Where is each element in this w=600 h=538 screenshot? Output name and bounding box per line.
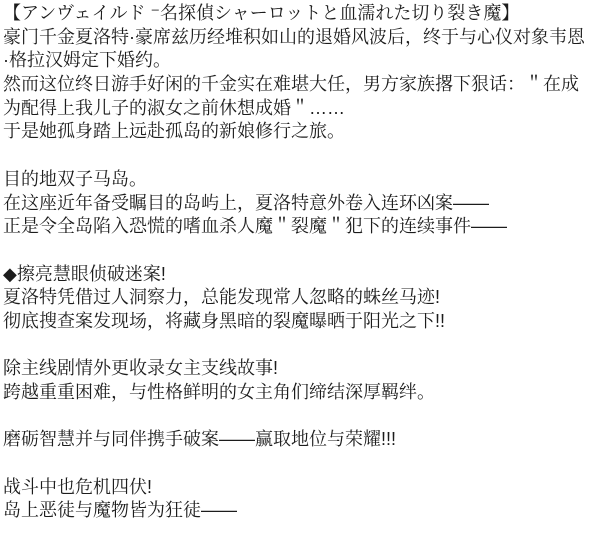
text-line: 豪门千金夏洛特·豪席兹历经堆积如山的退婚风波后，终于与心仪对象韦恩: [3, 26, 600, 50]
blank-line: [3, 452, 600, 476]
text-line: 为配得上我儿子的淑女之前休想成婚＂……: [3, 97, 600, 121]
text-line: 目的地双子马岛。: [3, 168, 600, 192]
blank-line: [3, 334, 600, 358]
body-lines: 豪门千金夏洛特·豪席兹历经堆积如山的退婚风波后，终于与心仪对象韦恩·格拉汉姆定下…: [3, 26, 600, 523]
text-line: 跨越重重困难，与性格鲜明的女主角们缔结深厚羁绊。: [3, 381, 600, 405]
text-line: ·格拉汉姆定下婚约。: [3, 49, 600, 73]
blank-line: [3, 239, 600, 263]
text-line: 战斗中也危机四伏!: [3, 476, 600, 500]
text-line: 夏洛特凭借过人洞察力，总能发现常人忽略的蛛丝马迹!: [3, 286, 600, 310]
blank-line: [3, 144, 600, 168]
text-line: ◆擦亮慧眼侦破迷案!: [3, 263, 600, 287]
text-line: 彻底搜查案发现场，将藏身黑暗的裂魔曝晒于阳光之下!!: [3, 310, 600, 334]
text-line: 岛上恶徒与魔物皆为狂徒——: [3, 499, 600, 523]
text-line: 正是令全岛陷入恐慌的嗜血杀人魔＂裂魔＂犯下的连续事件——: [3, 215, 600, 239]
text-line: 于是她孤身踏上远赴孤岛的新娘修行之旅。: [3, 120, 600, 144]
text-line: 除主线剧情外更收录女主支线故事!: [3, 357, 600, 381]
blank-line: [3, 405, 600, 429]
game-title: 【アンヴェイルド ⁻名探偵シャーロットと血濡れた切り裂き魔】: [3, 2, 600, 26]
game-description-document: 【アンヴェイルド ⁻名探偵シャーロットと血濡れた切り裂き魔】 豪门千金夏洛特·豪…: [0, 0, 600, 538]
text-line: 在这座近年备受瞩目的岛屿上，夏洛特意外卷入连环凶案——: [3, 192, 600, 216]
text-line: 然而这位终日游手好闲的千金实在难堪大任，男方家族撂下狠话：＂在成: [3, 73, 600, 97]
text-line: 磨砺智慧并与同伴携手破案——赢取地位与荣耀!!!: [3, 428, 600, 452]
